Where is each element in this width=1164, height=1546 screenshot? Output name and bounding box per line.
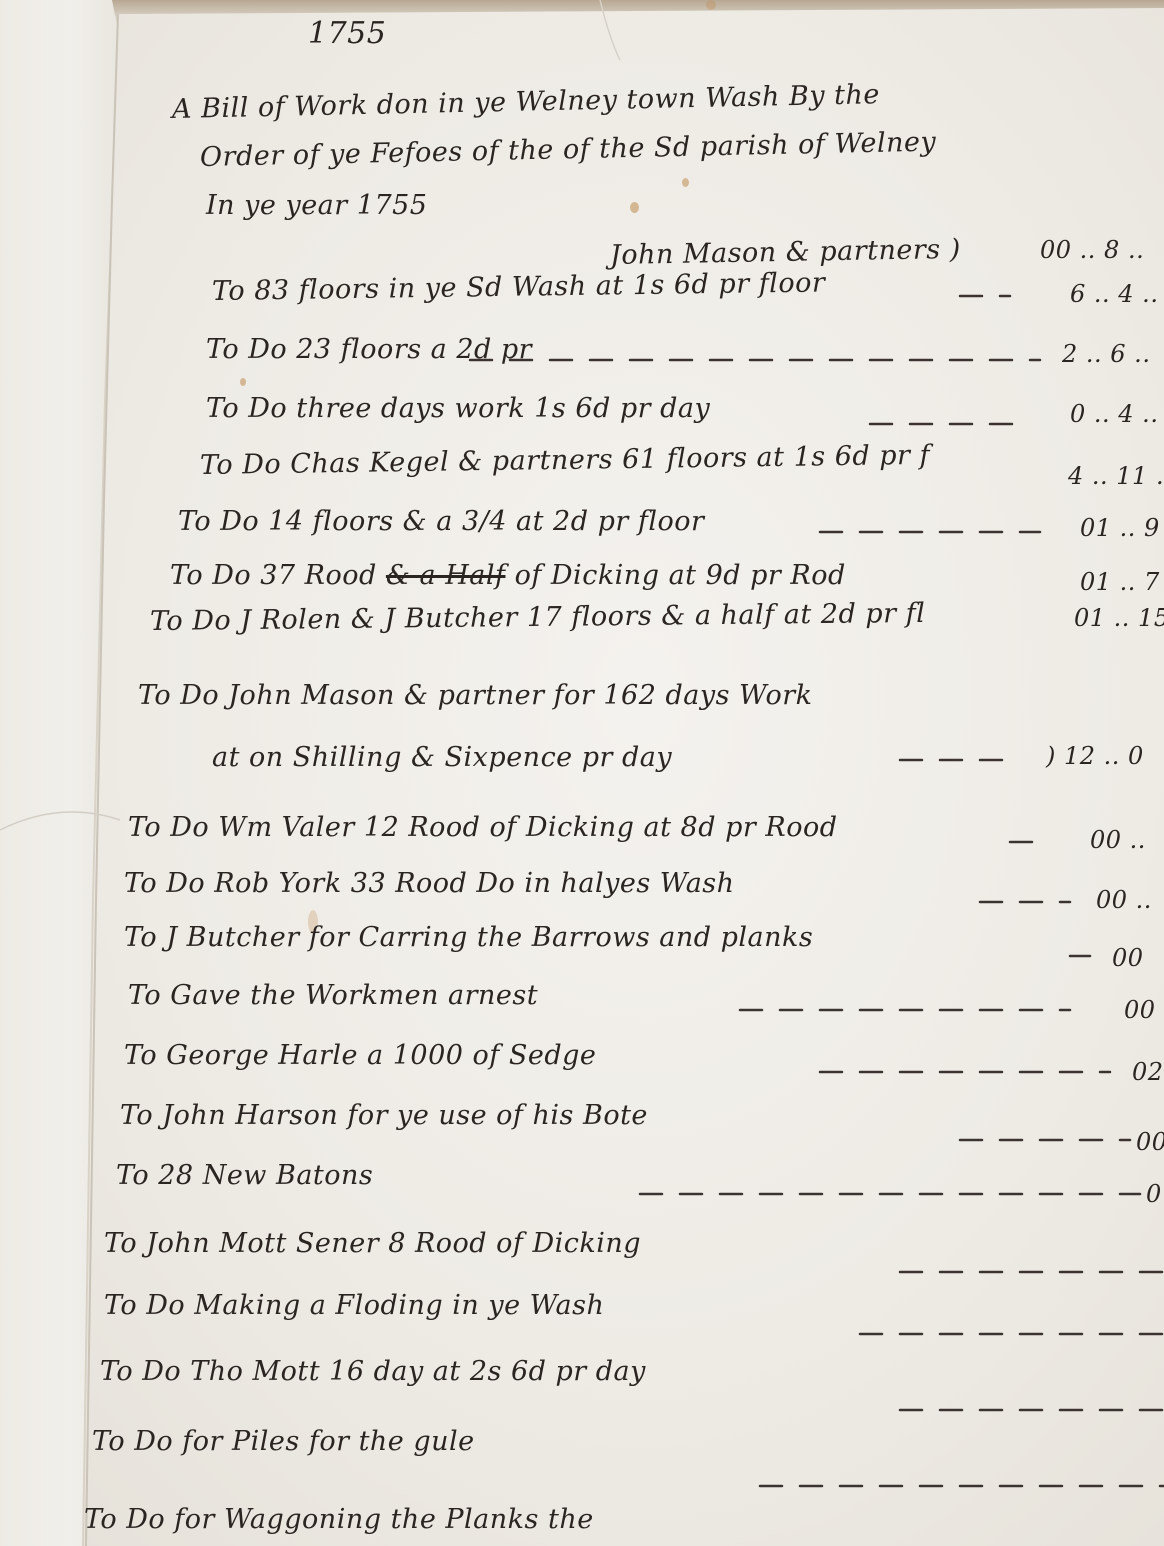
entry-amount: ) 12 .. 0 [1046, 742, 1144, 770]
entry-text: To Do 37 Rood & a Half of Dicking at 9d … [170, 560, 846, 591]
entry-text: To George Harle a 1000 of Sedge [124, 1040, 596, 1071]
entry-amount: 4 .. 11 .. [1068, 462, 1164, 490]
entry-amount: 01 .. 7 [1080, 568, 1160, 596]
entry-text: To Do for Piles for the gule [92, 1426, 475, 1457]
entry-text: To John Mott Sener 8 Rood of Dicking [104, 1228, 641, 1259]
ink-stain [706, 0, 716, 10]
entry-amount: 01 .. 9 [1080, 514, 1160, 542]
entry-text: To Gave the Workmen arnest [128, 980, 538, 1011]
entry-amount: 00 [1124, 996, 1156, 1024]
struck-text: & a Half [386, 560, 506, 591]
entry-amount: 0 [1146, 1180, 1162, 1208]
entry-amount: 2 .. 6 .. [1062, 340, 1150, 368]
entry-text: To Do for Waggoning the Planks the [84, 1504, 594, 1535]
entry-amount: 01 .. 15 [1074, 604, 1164, 632]
entry-text: To Do John Mason & partner for 162 days … [138, 680, 812, 711]
entry-text-part: of Dicking at 9d pr Rod [515, 560, 846, 591]
entry-text: To John Harson for ye use of his Bote [120, 1100, 648, 1131]
entry-amount: 00 .. [1096, 886, 1152, 914]
entry-amount: 02 [1132, 1058, 1164, 1086]
subheading: John Mason & partners ) [610, 234, 961, 271]
entry-text: To Do 23 floors a 2d pr [206, 334, 532, 365]
entry-amount: 0 .. 4 .. [1070, 400, 1158, 428]
entry-text-line-2: at on Shilling & Sixpence pr day [212, 742, 672, 773]
entry-amount: 00 .. [1090, 826, 1146, 854]
ink-stain [240, 378, 246, 386]
ink-stain [630, 202, 639, 213]
entry-amount: 6 .. 4 .. 6 [1070, 280, 1164, 308]
ink-stain [682, 178, 689, 187]
year-heading: 1755 [308, 16, 386, 51]
entry-text: To Do Making a Floding in ye Wash [104, 1290, 604, 1321]
entry-text: To 28 New Batons [116, 1160, 373, 1191]
entry-text: To J Butcher for Carring the Barrows and… [124, 922, 813, 953]
entry-amount: 00 [1136, 1128, 1164, 1156]
entry-text: To Do Rob York 33 Rood Do in halyes Wash [124, 868, 735, 899]
entry-text: To Do Wm Valer 12 Rood of Dicking at 8d … [128, 812, 838, 843]
entry-text: To Do three days work 1s 6d pr day [206, 393, 710, 424]
entry-text: To Do Tho Mott 16 day at 2s 6d pr day [100, 1356, 646, 1387]
title-line-3: In ye year 1755 [206, 190, 427, 221]
entry-text: To Do 14 floors & a 3/4 at 2d pr floor [178, 506, 704, 537]
subheading-amount: 00 .. 8 .. [1040, 236, 1144, 264]
entry-amount: 00 [1112, 944, 1144, 972]
entry-text-part: To Do 37 Rood [170, 560, 377, 591]
